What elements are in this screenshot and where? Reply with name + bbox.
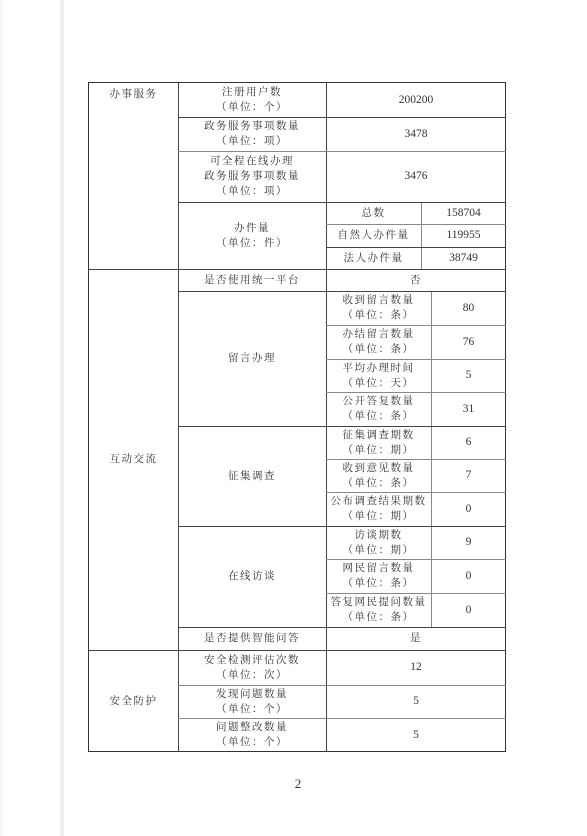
- sub-label-closed-messages: 办结留言数量 （单位：条）: [326, 325, 431, 359]
- section-label-service: 办事服务: [89, 83, 178, 269]
- page-number: 2: [290, 776, 306, 792]
- value-registered-users: 200200: [326, 83, 506, 117]
- sub-value-interview-periods: 9: [431, 526, 506, 559]
- value-issues-found: 5: [326, 685, 506, 718]
- value-issues-fixed: 5: [326, 718, 506, 752]
- item-issues-fixed: 问题整改数量 （单位：个）: [178, 718, 326, 752]
- item-issues-found: 发现问题数量 （单位：个）: [178, 685, 326, 718]
- sub-label-netizen-replies: 答复网民提问数量 （单位：条）: [326, 593, 431, 627]
- sub-value-opinions-received: 7: [431, 459, 506, 492]
- scan-edge: [0, 0, 3, 836]
- sub-label-public-replies: 公开答复数量 （单位：条）: [326, 392, 431, 426]
- statistics-table: 办事服务 互动交流 安全防护 注册用户数 （单位：个） 200200 政务服务事…: [88, 82, 506, 752]
- item-smart-qa: 是否提供智能问答: [178, 627, 326, 650]
- sub-label-opinions-received: 收到意见数量 （单位：条）: [326, 459, 431, 492]
- sub-label-received-messages: 收到留言数量 （单位：条）: [326, 291, 431, 325]
- sub-label-interview-periods: 访谈期数 （单位：期）: [326, 526, 431, 559]
- sub-value-received-messages: 80: [431, 291, 506, 325]
- sub-value-closed-messages: 76: [431, 325, 506, 359]
- value-security-assessments: 12: [326, 650, 506, 685]
- item-unified-platform: 是否使用统一平台: [178, 269, 326, 291]
- value-online-service-items: 3476: [326, 151, 506, 202]
- sub-value-survey-periods: 6: [431, 426, 506, 459]
- item-registered-users: 注册用户数 （单位：个）: [178, 83, 326, 117]
- item-security-assessments: 安全检测评估次数 （单位：次）: [178, 650, 326, 685]
- item-online-interview: 在线访谈: [178, 526, 326, 627]
- sub-label-avg-handling-time: 平均办理时间 （单位：天）: [326, 359, 431, 392]
- sub-value-natural-person: 119955: [421, 224, 506, 247]
- item-online-service-items: 可全程在线办理 政务服务事项数量 （单位：项）: [178, 151, 326, 202]
- sub-value-survey-results-published: 0: [431, 492, 506, 526]
- value-service-items: 3478: [326, 117, 506, 151]
- value-unified-platform: 否: [326, 269, 506, 291]
- sub-value-netizen-replies: 0: [431, 593, 506, 627]
- sub-value-legal-person: 38749: [421, 247, 506, 269]
- sub-label-total: 总数: [326, 202, 421, 224]
- sub-label-natural-person: 自然人办件量: [326, 224, 421, 247]
- sub-value-netizen-messages: 0: [431, 559, 506, 593]
- sub-label-survey-periods: 征集调查期数 （单位：期）: [326, 426, 431, 459]
- sub-value-avg-handling-time: 5: [431, 359, 506, 392]
- page-crease: [60, 0, 64, 836]
- value-smart-qa: 是: [326, 627, 506, 650]
- sub-label-legal-person: 法人办件量: [326, 247, 421, 269]
- item-survey: 征集调查: [178, 426, 326, 526]
- section-label-interaction: 互动交流: [89, 269, 178, 650]
- sub-value-public-replies: 31: [431, 392, 506, 426]
- sub-label-survey-results-published: 公布调查结果期数 （单位：期）: [326, 492, 431, 526]
- item-case-volume: 办件量 （单位：件）: [178, 202, 326, 269]
- sub-label-netizen-messages: 网民留言数量 （单位：条）: [326, 559, 431, 593]
- section-label-security: 安全防护: [89, 650, 178, 752]
- item-service-items: 政务服务事项数量 （单位：项）: [178, 117, 326, 151]
- item-message-handling: 留言办理: [178, 291, 326, 426]
- sub-value-total: 158704: [421, 202, 506, 224]
